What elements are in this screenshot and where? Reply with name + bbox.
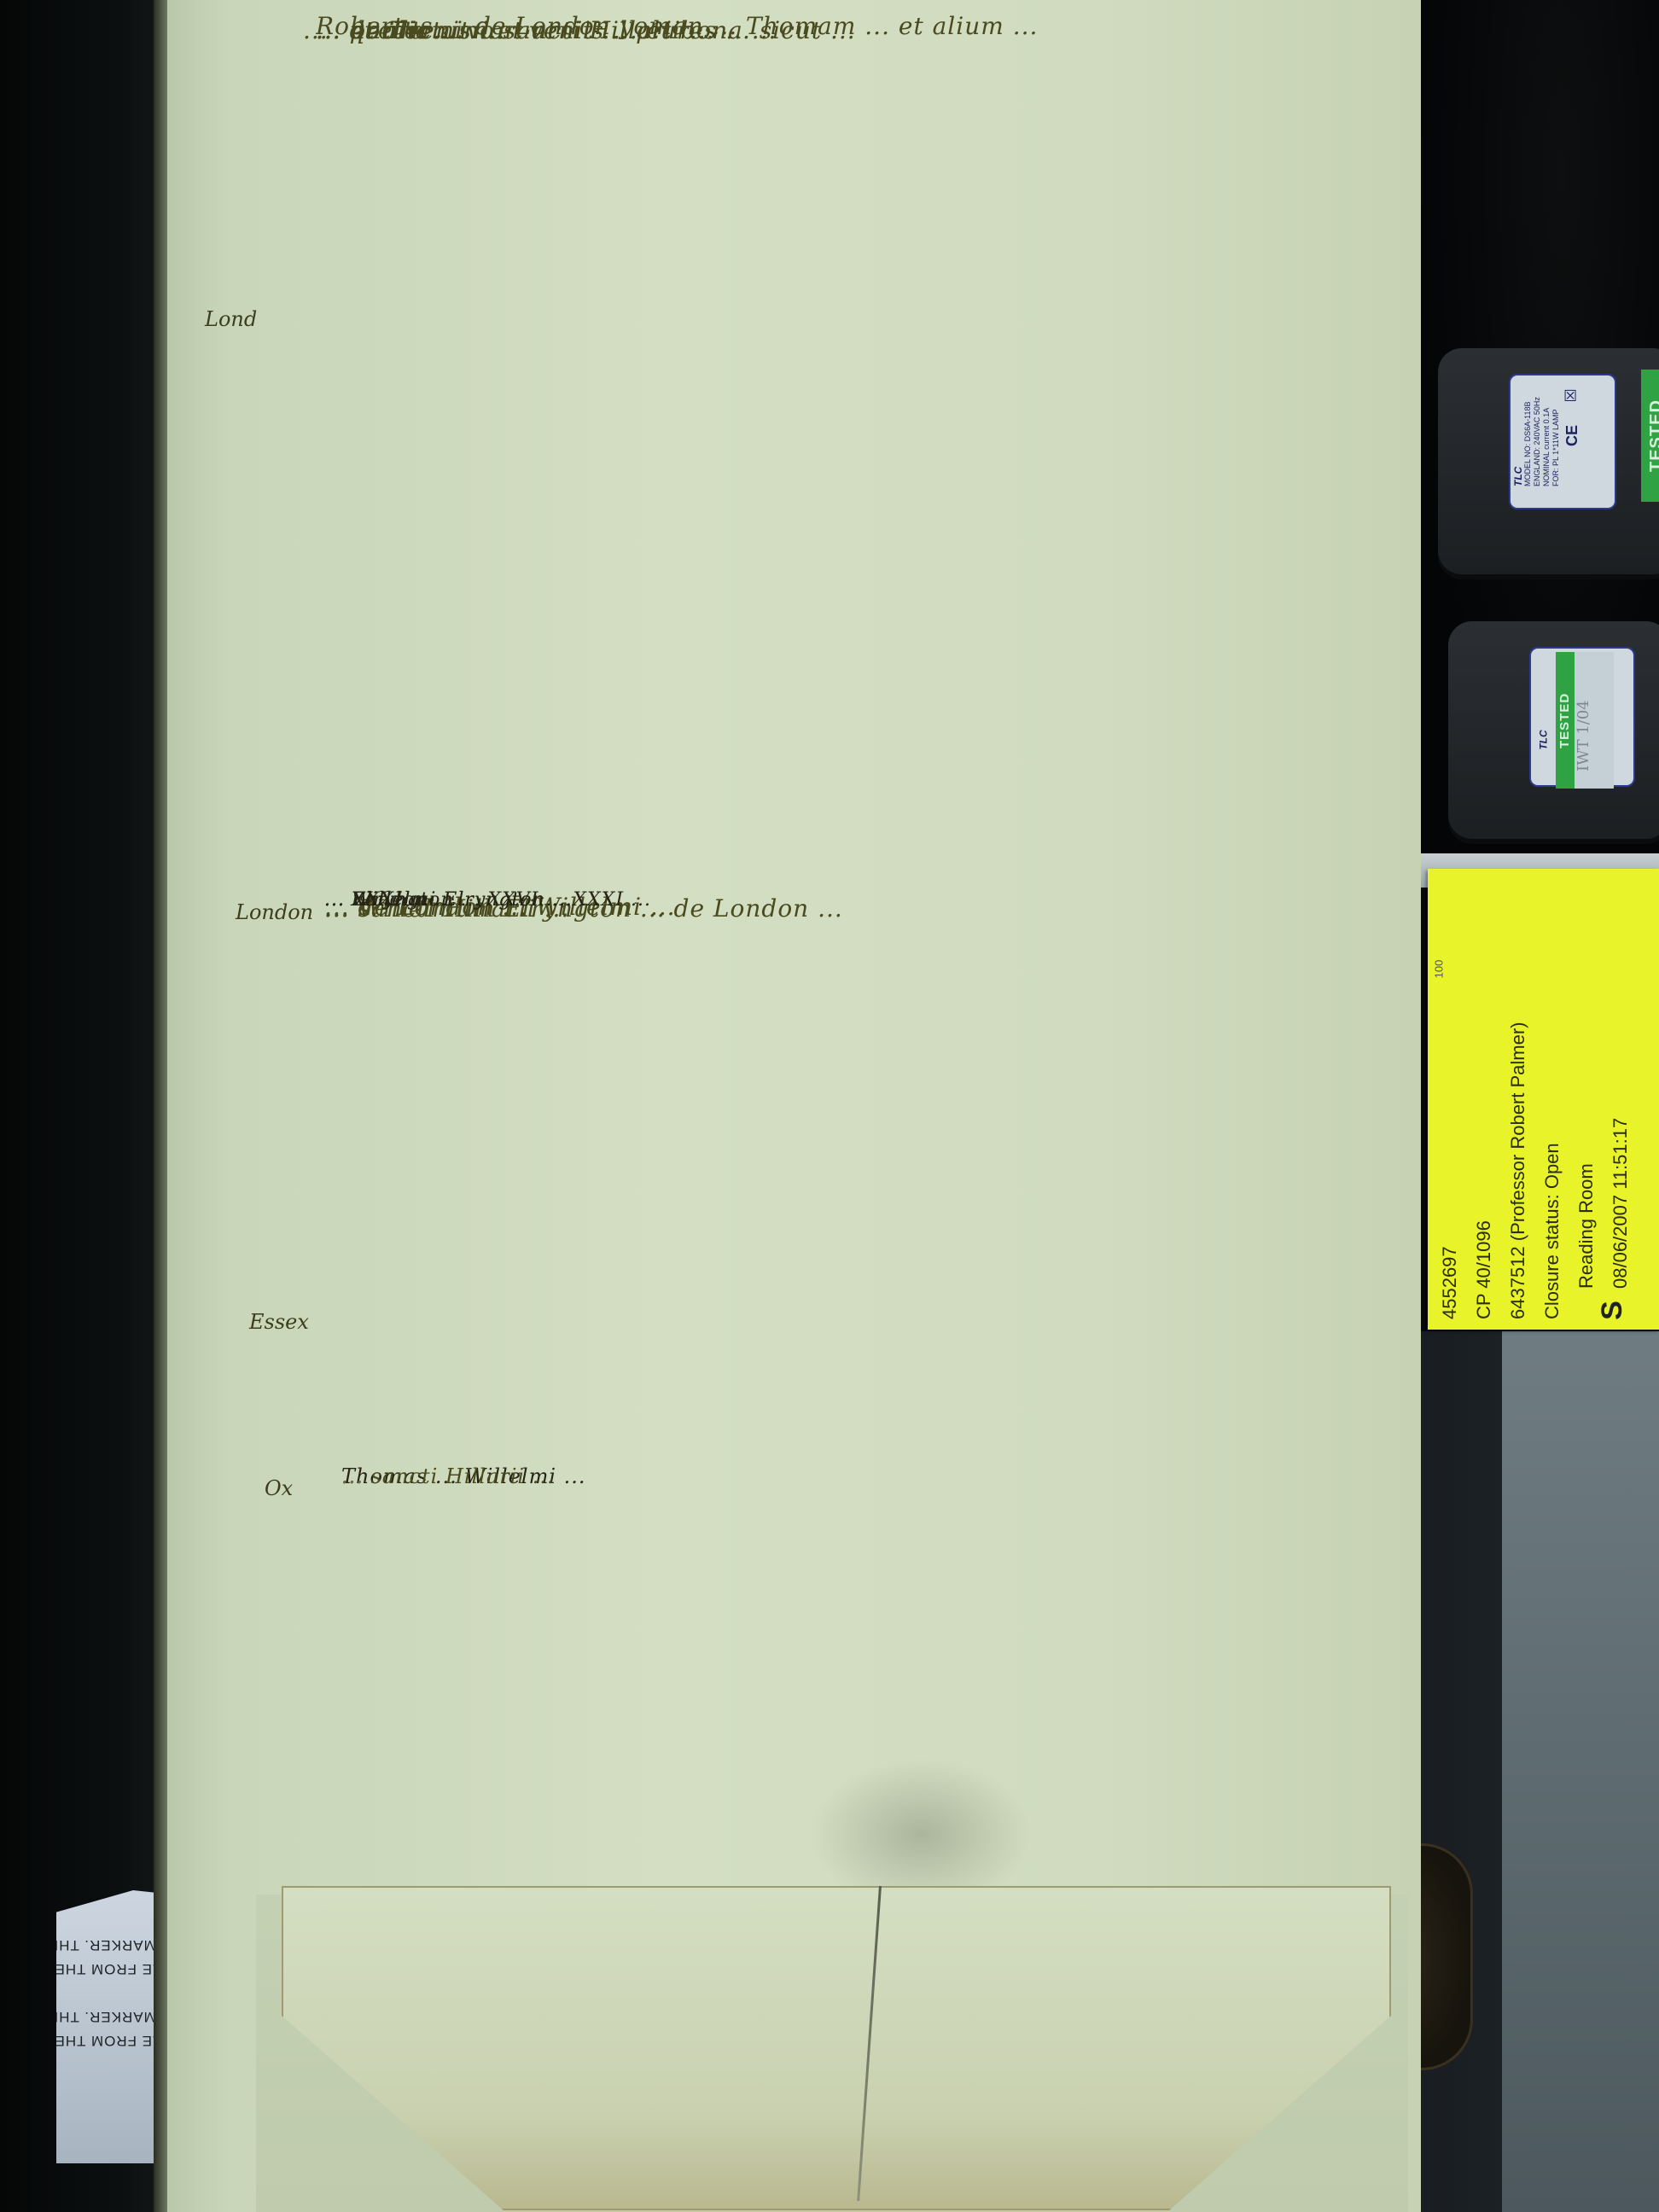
- document-reference-number: 4552697: [1433, 862, 1467, 1323]
- label-line: MODEL NO: DS6A-118B: [1523, 374, 1533, 486]
- manuscript-line: ... sancti Hillarii ...: [341, 1459, 555, 1493]
- slip-text: 4552697 CP 40/1096 6437512 (Professor Ro…: [1433, 862, 1656, 1323]
- reader-ticket: 6437512 (Professor Robert Palmer): [1501, 862, 1535, 1323]
- closure-status: Closure status: Open: [1535, 862, 1569, 1323]
- request-timestamp: 08/06/2007 11:51:17: [1604, 862, 1638, 1323]
- power-adapter-2: TLC TESTED IWT 1/04: [1448, 621, 1659, 839]
- label-line: NOMINAL current 0.1A: [1542, 374, 1551, 486]
- folded-flap: [282, 1886, 1391, 2210]
- ce-mark-icon: CE: [1563, 425, 1581, 446]
- margin-note: London: [236, 900, 313, 924]
- dark-background-left: [0, 0, 171, 2212]
- weee-bin-icon: ☒: [1563, 387, 1577, 405]
- parchment-left-edge: [154, 0, 167, 2212]
- power-adapter-1: TLC MODEL NO: DS6A-118B ENGLAND: 240VAC …: [1438, 348, 1659, 574]
- manuscript-line: ...: [341, 1459, 364, 1493]
- margin-note: Ox: [265, 1476, 293, 1500]
- brand-logo: TLC: [1514, 374, 1523, 486]
- document-request-slip: 100 4552697 CP 40/1096 6437512 (Professo…: [1428, 869, 1659, 1330]
- label-line: FOR: PL 1*11W LAMP: [1551, 374, 1561, 486]
- manuscript-line: ...: [324, 888, 345, 913]
- tested-tag-fields: IWT 1/04: [1575, 652, 1614, 789]
- tested-tag: TESTED: [1641, 370, 1659, 502]
- manuscript-line: ... non venit ...: [316, 11, 504, 49]
- brand-logo: TLC: [1538, 730, 1550, 749]
- margin-note: Essex: [249, 1310, 309, 1334]
- adapter-rating-label: TLC MODEL NO: DS6A-118B ENGLAND: 240VAC …: [1509, 374, 1616, 509]
- catalogue-reference: CP 40/1096: [1467, 862, 1501, 1323]
- handwritten-test-date: IWT 1/04: [1575, 643, 1592, 771]
- parchment-membrane: [154, 0, 1421, 2212]
- label-line: ENGLAND: 240VAC 50Hz: [1533, 374, 1542, 486]
- slip-corner-letter: S: [1596, 1301, 1629, 1320]
- margin-note: Lond: [205, 307, 257, 331]
- delivery-location: Reading Room: [1569, 862, 1604, 1323]
- grey-board: [1502, 1331, 1659, 2212]
- manuscript-line: ...: [303, 11, 329, 49]
- tested-tag: TESTED: [1556, 652, 1575, 789]
